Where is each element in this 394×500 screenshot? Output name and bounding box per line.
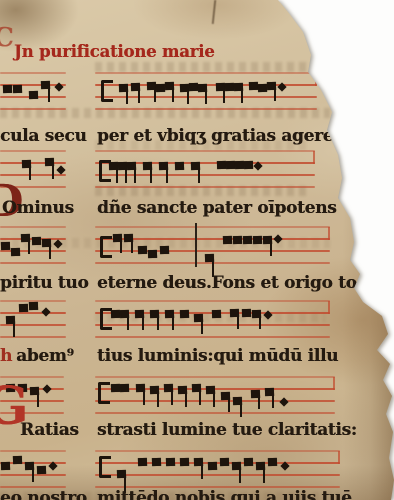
staff-line bbox=[0, 324, 66, 326]
chant-text-right: mittēdo nobis qui a uiis tuē bbox=[97, 489, 352, 500]
staff-line bbox=[0, 72, 66, 74]
neume-stem bbox=[125, 169, 127, 183]
chant-text-right: tius luminis:qui mūdū illu bbox=[97, 347, 338, 366]
neume-square bbox=[268, 458, 277, 466]
staff-line bbox=[0, 312, 66, 314]
neume-square bbox=[233, 236, 242, 244]
neume-square bbox=[244, 161, 253, 169]
edge-red-mark: C bbox=[0, 28, 14, 49]
neume-diamond bbox=[273, 234, 282, 243]
chant-text-left: habem⁹ bbox=[0, 347, 74, 366]
music-staff-right bbox=[95, 376, 335, 416]
neume-stem bbox=[157, 317, 159, 330]
neume-stem bbox=[166, 169, 168, 183]
staff-line bbox=[95, 462, 340, 464]
neume-diamond bbox=[279, 397, 288, 406]
neume-square bbox=[19, 304, 28, 312]
neume-stem bbox=[199, 391, 201, 405]
staff-line bbox=[95, 412, 335, 414]
neume-stem bbox=[126, 91, 128, 104]
neume-square bbox=[152, 458, 161, 466]
neume-stem bbox=[127, 317, 129, 330]
neume-stem bbox=[172, 317, 174, 330]
neume-square bbox=[166, 458, 175, 466]
chant-text: piritu tuo bbox=[0, 273, 88, 293]
music-staff-right bbox=[95, 450, 340, 490]
staff-end-tick bbox=[313, 151, 315, 164]
neume-stem bbox=[258, 397, 260, 409]
chant-text: Ominus bbox=[2, 198, 74, 218]
chant-text: cula secu bbox=[0, 126, 87, 146]
neume-stem bbox=[241, 90, 243, 103]
staff-end-tick bbox=[333, 377, 335, 390]
c-clef-icon bbox=[101, 80, 113, 102]
tear-crack bbox=[212, 0, 216, 24]
chant-text: Ratias bbox=[20, 420, 79, 440]
neume-square bbox=[244, 458, 253, 466]
music-staff-right bbox=[95, 300, 330, 340]
chant-text: tius luminis:qui mūdū illu bbox=[97, 346, 338, 366]
staff-line bbox=[0, 262, 66, 264]
neume-stem bbox=[223, 90, 225, 103]
neume-diamond bbox=[53, 239, 62, 248]
neume-square bbox=[11, 248, 20, 256]
chant-text-left: Ominus bbox=[2, 199, 74, 218]
neume-stem bbox=[171, 391, 173, 405]
neume-stem bbox=[198, 169, 200, 183]
staff-line bbox=[0, 162, 66, 164]
neume-diamond bbox=[41, 307, 50, 316]
chant-text-right: per et vbiqʒ gratias agere bbox=[97, 127, 333, 146]
staff-line bbox=[95, 400, 335, 402]
neume-square bbox=[1, 242, 10, 250]
neume-stem bbox=[49, 246, 51, 259]
music-staff-left bbox=[0, 226, 66, 266]
neume-square bbox=[235, 161, 244, 169]
staff-line bbox=[0, 108, 66, 110]
neume-square bbox=[225, 83, 234, 91]
neume-stem bbox=[32, 469, 34, 482]
neume-stem bbox=[201, 465, 203, 479]
neume-stem bbox=[120, 241, 122, 253]
neume-square bbox=[37, 466, 46, 474]
neume-stem bbox=[274, 89, 276, 101]
parchment-fragment: Jn purificatione marie cula secuper et v… bbox=[0, 0, 394, 500]
staff-line bbox=[95, 300, 330, 302]
neume-square bbox=[226, 161, 235, 169]
staff-line bbox=[95, 376, 335, 378]
neume-square bbox=[32, 237, 41, 245]
neume-square bbox=[29, 302, 38, 310]
neume-square bbox=[242, 309, 251, 317]
neume-stem bbox=[239, 469, 241, 483]
chant-text-left: Ratias bbox=[20, 421, 79, 440]
neume-square bbox=[13, 456, 22, 464]
staff-line bbox=[0, 450, 66, 452]
staff-end-tick bbox=[328, 301, 330, 314]
staff-line bbox=[95, 324, 330, 326]
neume-stem bbox=[143, 391, 145, 405]
red-letter-initial: h bbox=[0, 346, 12, 366]
neume-square bbox=[217, 161, 226, 169]
neume-stem bbox=[201, 321, 203, 334]
neume-stem bbox=[157, 393, 159, 407]
staff-line bbox=[95, 186, 315, 188]
chant-text: per et vbiqʒ gratias agere bbox=[97, 126, 333, 146]
neume-square bbox=[189, 83, 198, 91]
music-staff-right bbox=[95, 226, 330, 266]
chant-text-left: cula secu bbox=[0, 127, 87, 146]
neume-square bbox=[175, 162, 184, 170]
neume-stem bbox=[52, 165, 54, 179]
neume-stem bbox=[48, 88, 50, 102]
neume-square bbox=[1, 462, 10, 470]
neume-square bbox=[138, 246, 147, 254]
c-clef-icon bbox=[100, 236, 112, 258]
music-staff-right bbox=[95, 150, 315, 190]
neume-stem bbox=[240, 404, 242, 417]
chant-text: eo nostro bbox=[0, 488, 87, 500]
neume-square bbox=[13, 85, 22, 93]
staff-end-tick bbox=[315, 73, 317, 86]
music-staff-left bbox=[0, 72, 66, 112]
staff-end-tick bbox=[338, 451, 340, 464]
staff-line bbox=[0, 226, 66, 228]
staff-line bbox=[0, 150, 66, 152]
neume-stem bbox=[138, 90, 140, 103]
chant-text-right: dñe sancte pater oīpotens bbox=[97, 199, 336, 218]
neume-square bbox=[156, 84, 165, 92]
staff-end-tick bbox=[328, 227, 330, 240]
chant-text: abem⁹ bbox=[16, 346, 74, 366]
neume-stem bbox=[205, 91, 207, 104]
chant-text-left: eo nostro bbox=[0, 489, 87, 500]
neume-stem bbox=[134, 169, 136, 183]
divider-barline bbox=[195, 223, 197, 267]
neume-square bbox=[148, 250, 157, 258]
neume-stem bbox=[150, 169, 152, 183]
neume-square bbox=[243, 236, 252, 244]
staff-line bbox=[95, 450, 340, 452]
neume-stem bbox=[116, 169, 118, 183]
parchment-wrapper: Jn purificatione marie cula secuper et v… bbox=[0, 0, 394, 500]
manuscript-photo: Jn purificatione marie cula secuper et v… bbox=[0, 0, 394, 500]
neume-stem bbox=[259, 317, 261, 329]
staff-line bbox=[95, 174, 315, 176]
c-clef-icon bbox=[98, 382, 110, 404]
neume-stem bbox=[37, 394, 39, 407]
neume-square bbox=[258, 84, 267, 92]
staff-line bbox=[95, 150, 315, 152]
neume-square bbox=[220, 458, 229, 466]
staff-line bbox=[95, 226, 330, 228]
music-staff-left bbox=[0, 450, 66, 490]
neume-square bbox=[120, 384, 129, 392]
chant-text: strasti lumine tue claritatis: bbox=[97, 420, 357, 440]
neume-stem bbox=[270, 243, 272, 256]
neume-square bbox=[111, 384, 120, 392]
neume-stem bbox=[28, 241, 30, 254]
neume-square bbox=[253, 236, 262, 244]
c-clef-icon bbox=[99, 456, 111, 478]
chant-text-right: eterne deus.Fons et origo to bbox=[97, 274, 357, 293]
neume-square bbox=[138, 458, 147, 466]
neume-stem bbox=[213, 393, 215, 407]
neume-square bbox=[180, 310, 189, 318]
neume-square bbox=[249, 82, 258, 90]
neume-square bbox=[223, 236, 232, 244]
neume-square bbox=[3, 85, 12, 93]
chant-text-left: piritu tuo bbox=[0, 274, 88, 293]
neume-square bbox=[212, 310, 221, 318]
neume-square bbox=[160, 246, 169, 254]
neume-square bbox=[111, 310, 120, 318]
staff-line bbox=[95, 250, 330, 252]
staff-line bbox=[0, 336, 66, 338]
neume-stem bbox=[131, 241, 133, 253]
bleedthrough-smudge bbox=[95, 62, 315, 72]
neume-stem bbox=[228, 399, 230, 412]
staff-line bbox=[95, 474, 340, 476]
neume-stem bbox=[237, 316, 239, 329]
staff-line bbox=[95, 108, 317, 110]
neume-stem bbox=[272, 395, 274, 408]
staff-line bbox=[95, 336, 330, 338]
neume-stem bbox=[13, 323, 15, 337]
neume-square bbox=[208, 462, 217, 470]
music-staff-left bbox=[0, 300, 66, 340]
staff-line bbox=[95, 72, 317, 74]
neume-stem bbox=[172, 89, 174, 102]
rubric-heading: Jn purificatione marie bbox=[14, 42, 215, 61]
neume-stem bbox=[142, 317, 144, 330]
music-staff-right bbox=[95, 72, 317, 112]
neume-stem bbox=[185, 393, 187, 407]
neume-stem bbox=[29, 167, 31, 180]
chant-text-right: strasti lumine tue claritatis: bbox=[97, 421, 357, 440]
chant-text: eterne deus.Fons et origo to bbox=[97, 273, 357, 293]
neume-square bbox=[29, 91, 38, 99]
neume-stem bbox=[187, 91, 189, 104]
chant-text: mittēdo nobis qui a uiis tuē bbox=[97, 488, 352, 500]
staff-line bbox=[0, 250, 66, 252]
chant-text: dñe sancte pater oīpotens bbox=[97, 198, 336, 218]
neume-square bbox=[180, 458, 189, 466]
neume-diamond bbox=[42, 384, 51, 393]
neume-stem bbox=[263, 469, 265, 483]
